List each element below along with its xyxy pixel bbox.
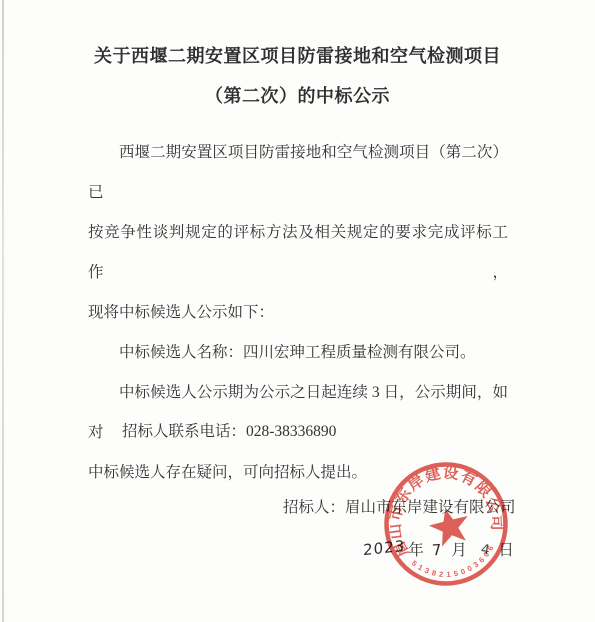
bidder-contact-line: 招标人联系电话：028-38336890 — [122, 412, 336, 452]
body-line: 中标候选人名称：四川宏珅工程质量检测有限公司。 — [88, 333, 508, 373]
body-line: 西堰二期安置区项目防雷接地和空气检测项目（第二次）已 — [88, 133, 508, 213]
document-title: 关于西堰二期安置区项目防雷接地和空气检测项目 （第二次）的中标公示 — [0, 36, 595, 116]
body-line: 按竞争性谈判规定的评标方法及相关规定的要求完成评标工作， — [88, 213, 508, 293]
title-line-1: 关于西堰二期安置区项目防雷接地和空气检测项目 — [0, 36, 595, 76]
seal-star-icon — [426, 504, 474, 549]
document-page: 关于西堰二期安置区项目防雷接地和空气检测项目 （第二次）的中标公示 西堰二期安置… — [0, 0, 595, 622]
title-line-2: （第二次）的中标公示 — [0, 76, 595, 116]
body-line: 现将中标候选人公示如下： — [88, 293, 508, 333]
